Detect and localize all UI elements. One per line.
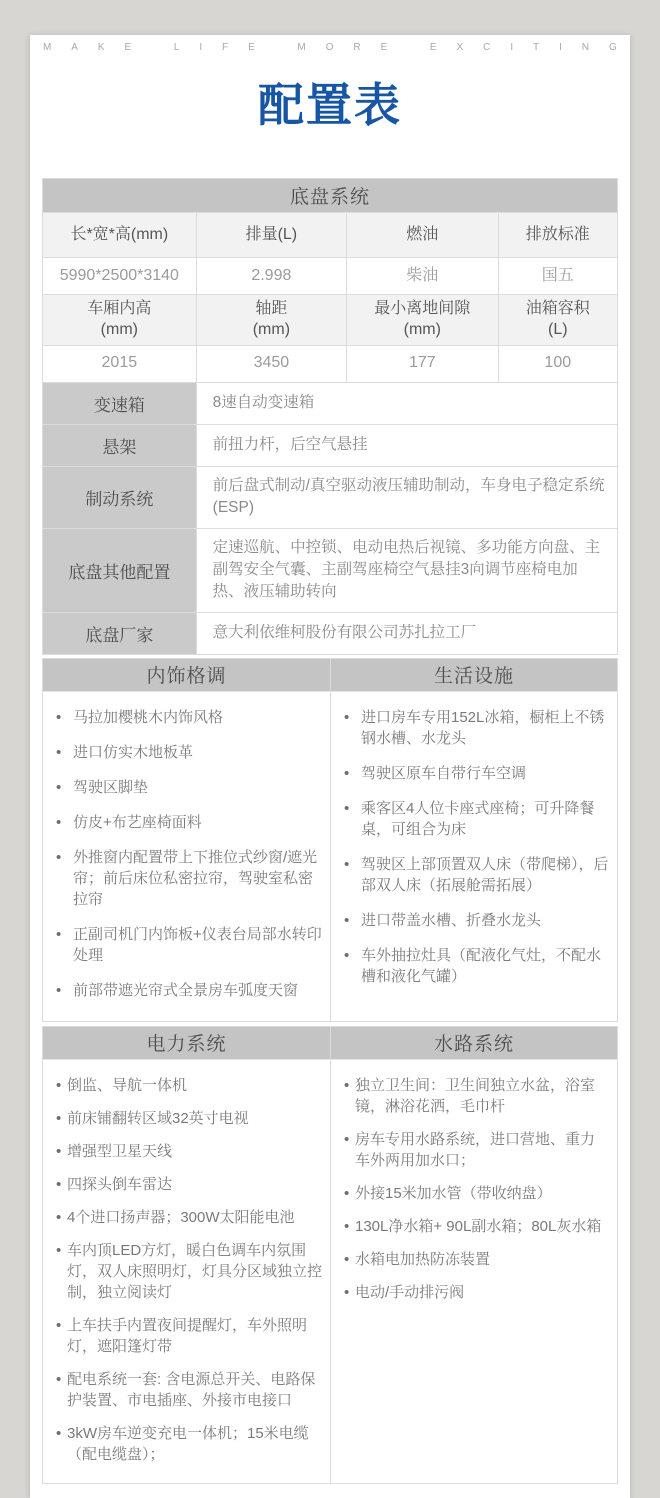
feature-item: •正副司机门内饰板+仪表台局部水转印处理 bbox=[56, 924, 322, 966]
spec-value-cell: 3450 bbox=[196, 345, 346, 382]
bullet-icon: • bbox=[56, 1369, 61, 1390]
feature-column-title: 水路系统 bbox=[331, 1027, 617, 1060]
spec-value-row: 20153450177100 bbox=[43, 345, 617, 382]
tagline-letter: I bbox=[510, 42, 513, 53]
feature-item-text: 上车扶手内置夜间提醒灯，车外照明灯，遮阳篷灯带 bbox=[67, 1317, 307, 1355]
feature-item: •车内顶LED方灯，暖白色调车内氛围灯，双人床照明灯，灯具分区域独立控制，独立阅… bbox=[56, 1240, 322, 1303]
bullet-icon: • bbox=[344, 1216, 349, 1237]
bullet-icon: • bbox=[56, 777, 61, 798]
feature-item: •配电系统一套: 含电源总开关、电路保护装置、市电插座、外接市电接口 bbox=[56, 1369, 322, 1411]
config-value: 意大利依维柯股份有限公司苏扎拉工厂 bbox=[196, 613, 617, 654]
feature-item: •车外抽拉灶具（配液化气灶，不配水槽和液化气罐） bbox=[344, 945, 609, 987]
spec-header-cell: 最小离地间隙 (mm) bbox=[346, 294, 498, 345]
feature-item-text: 130L净水箱+ 90L副水箱；80L灰水箱 bbox=[355, 1218, 601, 1235]
tagline-letter: M bbox=[43, 42, 51, 53]
spec-value-cell: 2.998 bbox=[196, 257, 346, 294]
feature-section: 电力系统•倒监、导航一体机•前床铺翻转区域32英寸电视•增强型卫星天线•四探头倒… bbox=[42, 1026, 618, 1428]
bullet-icon: • bbox=[56, 812, 61, 833]
spec-value-cell: 柴油 bbox=[346, 257, 498, 294]
feature-item-text: 驾驶区上部顶置双人床（带爬梯），后部双人床（拓展舱需拓展） bbox=[361, 856, 609, 894]
feature-item-text: 进口仿实木地板革 bbox=[73, 744, 193, 761]
feature-item-text: 四探头倒车雷达 bbox=[67, 1176, 172, 1193]
tagline-letter: T bbox=[533, 42, 539, 53]
bullet-icon: • bbox=[344, 945, 349, 966]
feature-item-text: 前部带遮光帘式全景房车弧度天窗 bbox=[73, 982, 298, 999]
feature-item-text: 正副司机门内饰板+仪表台局部水转印处理 bbox=[73, 926, 322, 964]
feature-item: •前床铺翻转区域32英寸电视 bbox=[56, 1108, 322, 1129]
feature-column-title: 电力系统 bbox=[43, 1027, 330, 1060]
config-value: 前扭力杆，后空气悬挂 bbox=[196, 425, 617, 466]
spec-sheet-card: MAKE LIFE MORE EXCITING 配置表 底盘系统 长*宽*高(m… bbox=[30, 35, 630, 1428]
feature-item: •前部带遮光帘式全景房车弧度天窗 bbox=[56, 980, 322, 1001]
feature-item: •外推窗内配置带上下推位式纱窗/遮光帘；前后床位私密拉帘，驾驶室私密拉帘 bbox=[56, 847, 322, 910]
config-value: 8速自动变速箱 bbox=[196, 383, 617, 424]
config-label: 底盘厂家 bbox=[43, 613, 196, 654]
feature-item: •进口带盖水槽、折叠水龙头 bbox=[344, 910, 609, 931]
feature-list: •独立卫生间：卫生间独立水盆，浴室镜，淋浴花洒，毛巾杆•房车专用水路系统，进口营… bbox=[331, 1060, 617, 1428]
chassis-config-rows: 变速箱8速自动变速箱悬架前扭力杆，后空气悬挂制动系统前后盘式制动/真空驱动液压辅… bbox=[43, 382, 617, 654]
bullet-icon: • bbox=[56, 1174, 61, 1195]
feature-list: •倒监、导航一体机•前床铺翻转区域32英寸电视•增强型卫星天线•四探头倒车雷达•… bbox=[43, 1060, 330, 1428]
feature-column-left: 内饰格调•马拉加樱桃木内饰风格•进口仿实木地板革•驾驶区脚垫•仿皮+布艺座椅面料… bbox=[43, 659, 330, 1021]
tagline-space bbox=[407, 42, 410, 53]
spec-header-cell: 燃油 bbox=[346, 212, 498, 257]
feature-item: •马拉加樱桃木内饰风格 bbox=[56, 707, 322, 728]
config-value: 前后盘式制动/真空驱动液压辅助制动，车身电子稳定系统 (ESP) bbox=[196, 467, 617, 528]
config-row: 制动系统前后盘式制动/真空驱动液压辅助制动，车身电子稳定系统 (ESP) bbox=[43, 466, 617, 528]
tagline-letter: A bbox=[71, 42, 78, 53]
page-title: 配置表 bbox=[42, 76, 618, 134]
tagline-letter: E bbox=[381, 42, 388, 53]
tagline-letter: E bbox=[248, 42, 255, 53]
config-row: 底盘厂家意大利依维柯股份有限公司苏扎拉工厂 bbox=[43, 612, 617, 654]
feature-item: •驾驶区脚垫 bbox=[56, 777, 322, 798]
bullet-icon: • bbox=[56, 1315, 61, 1336]
config-label: 变速箱 bbox=[43, 383, 196, 424]
feature-item-text: 配电系统一套: 含电源总开关、电路保护装置、市电插座、外接市电接口 bbox=[67, 1371, 315, 1409]
tagline-letter: X bbox=[457, 42, 464, 53]
config-value: 定速巡航、中控锁、电动电热后视镜、多功能方向盘、主副驾安全气囊、主副驾座椅空气悬… bbox=[196, 529, 617, 612]
spec-header-cell: 车厢内高 (mm) bbox=[43, 294, 196, 345]
feature-column-left: 电力系统•倒监、导航一体机•前床铺翻转区域32英寸电视•增强型卫星天线•四探头倒… bbox=[43, 1027, 330, 1428]
feature-column-right: 水路系统•独立卫生间：卫生间独立水盆，浴室镜，淋浴花洒，毛巾杆•房车专用水路系统… bbox=[330, 1027, 617, 1428]
tagline-letter: K bbox=[98, 42, 105, 53]
spec-header-row: 长*宽*高(mm)排量(L)燃油排放标准 bbox=[43, 212, 617, 257]
bullet-icon: • bbox=[344, 1249, 349, 1270]
feature-item-text: 外推窗内配置带上下推位式纱窗/遮光帘；前后床位私密拉帘，驾驶室私密拉帘 bbox=[73, 849, 317, 908]
chassis-system-table: 底盘系统 长*宽*高(mm)排量(L)燃油排放标准5990*2500*31402… bbox=[42, 178, 618, 655]
feature-item: •水箱电加热防冻装置 bbox=[344, 1249, 609, 1270]
feature-item: •进口房车专用152L冰箱，橱柜上不锈钢水槽、水龙头 bbox=[344, 707, 609, 749]
tagline-space bbox=[151, 42, 154, 53]
feature-item-text: 外接15米加水管（带收纳盘） bbox=[355, 1185, 552, 1202]
bullet-icon: • bbox=[56, 847, 61, 868]
config-label: 底盘其他配置 bbox=[43, 529, 196, 612]
feature-item: •房车专用水路系统，进口营地、重力车外两用加水口； bbox=[344, 1129, 609, 1171]
tagline-letter: E bbox=[125, 42, 132, 53]
feature-item: •上车扶手内置夜间提醒灯，车外照明灯，遮阳篷灯带 bbox=[56, 1315, 322, 1357]
feature-item-text: 乘客区4人位卡座式座椅；可升降餐桌，可组合为床 bbox=[361, 800, 594, 838]
config-label: 制动系统 bbox=[43, 467, 196, 528]
feature-item: •独立卫生间：卫生间独立水盆，浴室镜，淋浴花洒，毛巾杆 bbox=[344, 1075, 609, 1117]
feature-item: •乘客区4人位卡座式座椅；可升降餐桌，可组合为床 bbox=[344, 798, 609, 840]
feature-column-title: 生活设施 bbox=[331, 659, 617, 692]
feature-column-right: 生活设施•进口房车专用152L冰箱，橱柜上不锈钢水槽、水龙头•驾驶区原车自带行车… bbox=[330, 659, 617, 1021]
feature-item: •驾驶区上部顶置双人床（带爬梯），后部双人床（拓展舱需拓展） bbox=[344, 854, 609, 896]
spec-header-cell: 排量(L) bbox=[196, 212, 346, 257]
spec-value-cell: 国五 bbox=[498, 257, 617, 294]
config-label: 悬架 bbox=[43, 425, 196, 466]
bullet-icon: • bbox=[56, 980, 61, 1001]
bullet-icon: • bbox=[344, 854, 349, 875]
config-row: 变速箱8速自动变速箱 bbox=[43, 382, 617, 424]
tagline-letter: I bbox=[559, 42, 562, 53]
config-row: 悬架前扭力杆，后空气悬挂 bbox=[43, 424, 617, 466]
feature-item-text: 驾驶区脚垫 bbox=[73, 779, 148, 796]
feature-list: •进口房车专用152L冰箱，橱柜上不锈钢水槽、水龙头•驾驶区原车自带行车空调•乘… bbox=[331, 692, 617, 1021]
bullet-icon: • bbox=[56, 1240, 61, 1261]
tagline-letter: C bbox=[483, 42, 490, 53]
feature-item-text: 4个进口扬声器；300W太阳能电池 bbox=[67, 1209, 295, 1226]
feature-item-text: 马拉加樱桃木内饰风格 bbox=[73, 709, 223, 726]
bullet-icon: • bbox=[344, 798, 349, 819]
bullet-icon: • bbox=[344, 1282, 349, 1303]
bullet-icon: • bbox=[344, 707, 349, 728]
bullet-icon: • bbox=[56, 707, 61, 728]
feature-item-text: 增强型卫星天线 bbox=[67, 1143, 172, 1160]
feature-item-text: 房车专用水路系统，进口营地、重力车外两用加水口； bbox=[355, 1131, 595, 1169]
feature-item-text: 倒监、导航一体机 bbox=[67, 1077, 187, 1094]
spec-value-cell: 5990*2500*3140 bbox=[43, 257, 196, 294]
feature-column-title: 内饰格调 bbox=[43, 659, 330, 692]
tagline-letter: R bbox=[353, 42, 360, 53]
tagline-letter: O bbox=[326, 42, 334, 53]
feature-item-text: 前床铺翻转区域32英寸电视 bbox=[67, 1110, 249, 1127]
feature-item: •驾驶区原车自带行车空调 bbox=[344, 763, 609, 784]
feature-item: •130L净水箱+ 90L副水箱；80L灰水箱 bbox=[344, 1216, 609, 1237]
feature-item: •倒监、导航一体机 bbox=[56, 1075, 322, 1096]
bullet-icon: • bbox=[56, 1207, 61, 1228]
chassis-section-header: 底盘系统 bbox=[43, 179, 617, 212]
bullet-icon: • bbox=[344, 910, 349, 931]
feature-item: •增强型卫星天线 bbox=[56, 1141, 322, 1162]
spec-value-cell: 177 bbox=[346, 345, 498, 382]
spec-header-cell: 长*宽*高(mm) bbox=[43, 212, 196, 257]
feature-item-text: 进口带盖水槽、折叠水龙头 bbox=[361, 912, 541, 929]
spec-header-cell: 排放标准 bbox=[498, 212, 617, 257]
feature-section: 内饰格调•马拉加樱桃木内饰风格•进口仿实木地板革•驾驶区脚垫•仿皮+布艺座椅面料… bbox=[42, 658, 618, 1022]
feature-item-text: 水箱电加热防冻装置 bbox=[355, 1251, 490, 1268]
chassis-spec-rows: 长*宽*高(mm)排量(L)燃油排放标准5990*2500*31402.998柴… bbox=[43, 212, 617, 382]
tagline-letter: E bbox=[430, 42, 437, 53]
feature-item-text: 独立卫生间：卫生间独立水盆，浴室镜，淋浴花洒，毛巾杆 bbox=[355, 1077, 595, 1115]
feature-item: •外接15米加水管（带收纳盘） bbox=[344, 1183, 609, 1204]
spec-value-cell: 100 bbox=[498, 345, 617, 382]
feature-item-text: 车外抽拉灶具（配液化气灶，不配水槽和液化气罐） bbox=[361, 947, 601, 985]
bullet-icon: • bbox=[56, 1075, 61, 1096]
feature-item: •仿皮+布艺座椅面料 bbox=[56, 812, 322, 833]
bullet-icon: • bbox=[56, 1141, 61, 1162]
feature-item-text: 车内顶LED方灯，暖白色调车内氛围灯，双人床照明灯，灯具分区域独立控制，独立阅读… bbox=[67, 1242, 322, 1301]
tagline-letter: G bbox=[609, 42, 617, 53]
tagline-letter: F bbox=[222, 42, 228, 53]
tagline-space bbox=[275, 42, 278, 53]
spec-header-cell: 轴距 (mm) bbox=[196, 294, 346, 345]
brand-tagline: MAKE LIFE MORE EXCITING bbox=[42, 40, 618, 54]
tagline-letter: I bbox=[199, 42, 202, 53]
feature-item-text: 进口房车专用152L冰箱，橱柜上不锈钢水槽、水龙头 bbox=[361, 709, 604, 747]
bullet-icon: • bbox=[56, 742, 61, 763]
feature-item: •电动/手动排污阀 bbox=[344, 1282, 609, 1303]
bullet-icon: • bbox=[56, 1423, 61, 1428]
feature-list: •马拉加樱桃木内饰风格•进口仿实木地板革•驾驶区脚垫•仿皮+布艺座椅面料•外推窗… bbox=[43, 692, 330, 1021]
feature-item: •四探头倒车雷达 bbox=[56, 1174, 322, 1195]
feature-item: •进口仿实木地板革 bbox=[56, 742, 322, 763]
spec-value-cell: 2015 bbox=[43, 345, 196, 382]
spec-header-row: 车厢内高 (mm)轴距 (mm)最小离地间隙 (mm)油箱容积 (L) bbox=[43, 294, 617, 345]
feature-item: •4个进口扬声器；300W太阳能电池 bbox=[56, 1207, 322, 1228]
spec-value-row: 5990*2500*31402.998柴油国五 bbox=[43, 257, 617, 294]
spec-header-cell: 油箱容积 (L) bbox=[498, 294, 617, 345]
bullet-icon: • bbox=[344, 1075, 349, 1096]
feature-item: •3kW房车逆变充电一体机；15米电缆（配电缆盘）； bbox=[56, 1423, 322, 1428]
feature-item-text: 驾驶区原车自带行车空调 bbox=[361, 765, 526, 782]
feature-sections: 内饰格调•马拉加樱桃木内饰风格•进口仿实木地板革•驾驶区脚垫•仿皮+布艺座椅面料… bbox=[42, 658, 618, 1428]
feature-item-text: 仿皮+布艺座椅面料 bbox=[73, 814, 202, 831]
bullet-icon: • bbox=[344, 1129, 349, 1150]
bullet-icon: • bbox=[56, 1108, 61, 1129]
feature-item-text: 电动/手动排污阀 bbox=[355, 1284, 464, 1301]
config-row: 底盘其他配置定速巡航、中控锁、电动电热后视镜、多功能方向盘、主副驾安全气囊、主副… bbox=[43, 528, 617, 612]
bullet-icon: • bbox=[344, 763, 349, 784]
bullet-icon: • bbox=[344, 1183, 349, 1204]
tagline-letter: L bbox=[174, 42, 180, 53]
tagline-letter: N bbox=[582, 42, 589, 53]
tagline-letter: M bbox=[297, 42, 305, 53]
bullet-icon: • bbox=[56, 924, 61, 945]
